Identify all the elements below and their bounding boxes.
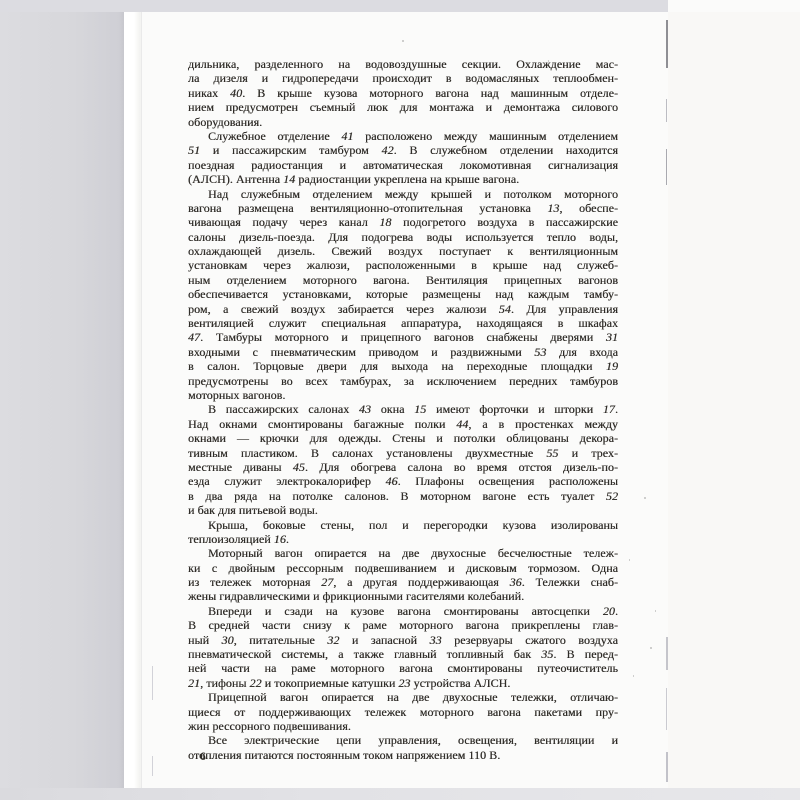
text-line: входными с пневматическим приводом и раз… [188,345,618,359]
text-line: Моторный вагон опирается на две двухосны… [188,546,618,560]
text-line: никах 40. В крыше кузова моторного вагон… [188,86,618,100]
text-line: местные диваны 45. Для обогрева салона в… [188,460,618,474]
scan-speck [650,647,652,649]
scan-speck [402,40,404,42]
scan-speck [633,675,634,677]
text-line: нием предусмотрен съемный люк для монтаж… [188,100,618,114]
page-crease-line [666,99,667,122]
text-line: моторных вагонов. [188,388,618,402]
page-number: 6 [200,751,206,763]
text-line: жин рессорного подвешивания. [188,719,618,733]
page-crease-line [666,637,668,670]
page-crease-line [666,688,667,730]
page-text: дильника, разделенного на водовоздушные … [188,57,618,762]
text-line: ла дизеля и гидропередачи происходит в в… [188,71,618,85]
scan-artifact-dash [152,666,153,700]
text-line: В средней части снизу к раме моторного в… [188,618,618,632]
text-line: вагона размещена вентиляционно-отопитель… [188,201,618,215]
scanner-bed-top [0,0,668,12]
page-crease-line [666,752,668,782]
text-line: отопления питаются постоянным током напр… [188,748,618,762]
text-line: жены гидравлическими и фрикционными гаси… [188,589,618,603]
text-line: поездная радиостанция и автоматическая л… [188,158,618,172]
text-line: вентиляцией служит специальная аппаратур… [188,316,618,330]
adjacent-page-edge [668,12,800,788]
text-line: пневматической системы, а также главный … [188,647,618,661]
scan-artifact-dash [152,756,153,776]
text-line: предусмотрены во всех тамбурах, за исклю… [188,374,618,388]
text-line: 47. Тамбуры моторного и прицепного вагон… [188,330,618,344]
scan-speck [629,559,630,561]
scanned-book-page-view: дильника, разделенного на водовоздушные … [0,0,800,800]
text-line: ный 30, питательные 32 и запасной 33 рез… [188,633,618,647]
text-line: окнами — крючки для одежды. Стены и пото… [188,431,618,445]
text-line: оборудования. [188,115,618,129]
scan-speck [655,610,656,612]
text-line: и бак для питьевой воды. [188,503,618,517]
text-line: чивающая подачу через канал 18 подогрето… [188,215,618,229]
text-line: 51 и пассажирским тамбуром 42. В служебн… [188,143,618,157]
text-line: охлаждающей дизель. Свежий воздух поступ… [188,244,618,258]
page-left-edge [124,12,142,788]
text-line: Крыша, боковые стены, пол и перегородки … [188,518,618,532]
page-crease-line [666,20,668,68]
text-line: ки с двойным рессорным подвешиванием и д… [188,561,618,575]
text-line: теплоизоляцией 16. [188,532,618,546]
text-line: дильника, разделенного на водовоздушные … [188,57,618,71]
text-line: В пассажирских салонах 43 окна 15 имеют … [188,402,618,416]
text-line: ром, а свежий воздух забирается через жа… [188,302,618,316]
scanner-bed-left [0,0,124,800]
text-line: салоны дизель-поезда. Для подогрева воды… [188,230,618,244]
text-line: Над окнами смонтированы багажные полки 4… [188,417,618,431]
text-line: 21, тифоны 22 и токоприемные катушки 23 … [188,676,618,690]
text-line: ным отделением моторного вагона. Вентиля… [188,273,618,287]
text-line: (АЛСН). Антенна 14 радиостанции укреплен… [188,172,618,186]
text-line: ней части на раме моторного вагона смонт… [188,661,618,675]
text-line: Над служебным отделением между крышей и … [188,187,618,201]
text-line: щиеся от поддерживающих тележек моторног… [188,705,618,719]
text-line: из тележек моторная 27, а другая поддерж… [188,575,618,589]
text-line: Все электрические цепи управления, освещ… [188,733,618,747]
text-line: в два ряда на потолке салонов. В моторно… [188,489,618,503]
text-line: Впереди и сзади на кузове вагона смонтир… [188,604,618,618]
text-line: в салон. Торцовые двери для выхода на пе… [188,359,618,373]
text-line: Служебное отделение 41 расположено между… [188,129,618,143]
text-line: обеспечивается установками, которые разм… [188,287,618,301]
text-line: установкам через жалюзи, расположенными … [188,258,618,272]
text-line: тивным пластиком. В салонах установлены … [188,446,618,460]
scanner-bed-bottom [0,788,800,800]
scan-speck [644,497,646,499]
page-crease-line [666,149,667,185]
text-line: езда служит электрокалорифер 46. Плафоны… [188,474,618,488]
page-inner-crease [141,12,142,788]
text-line: Прицепной вагон опирается на две двухосн… [188,690,618,704]
